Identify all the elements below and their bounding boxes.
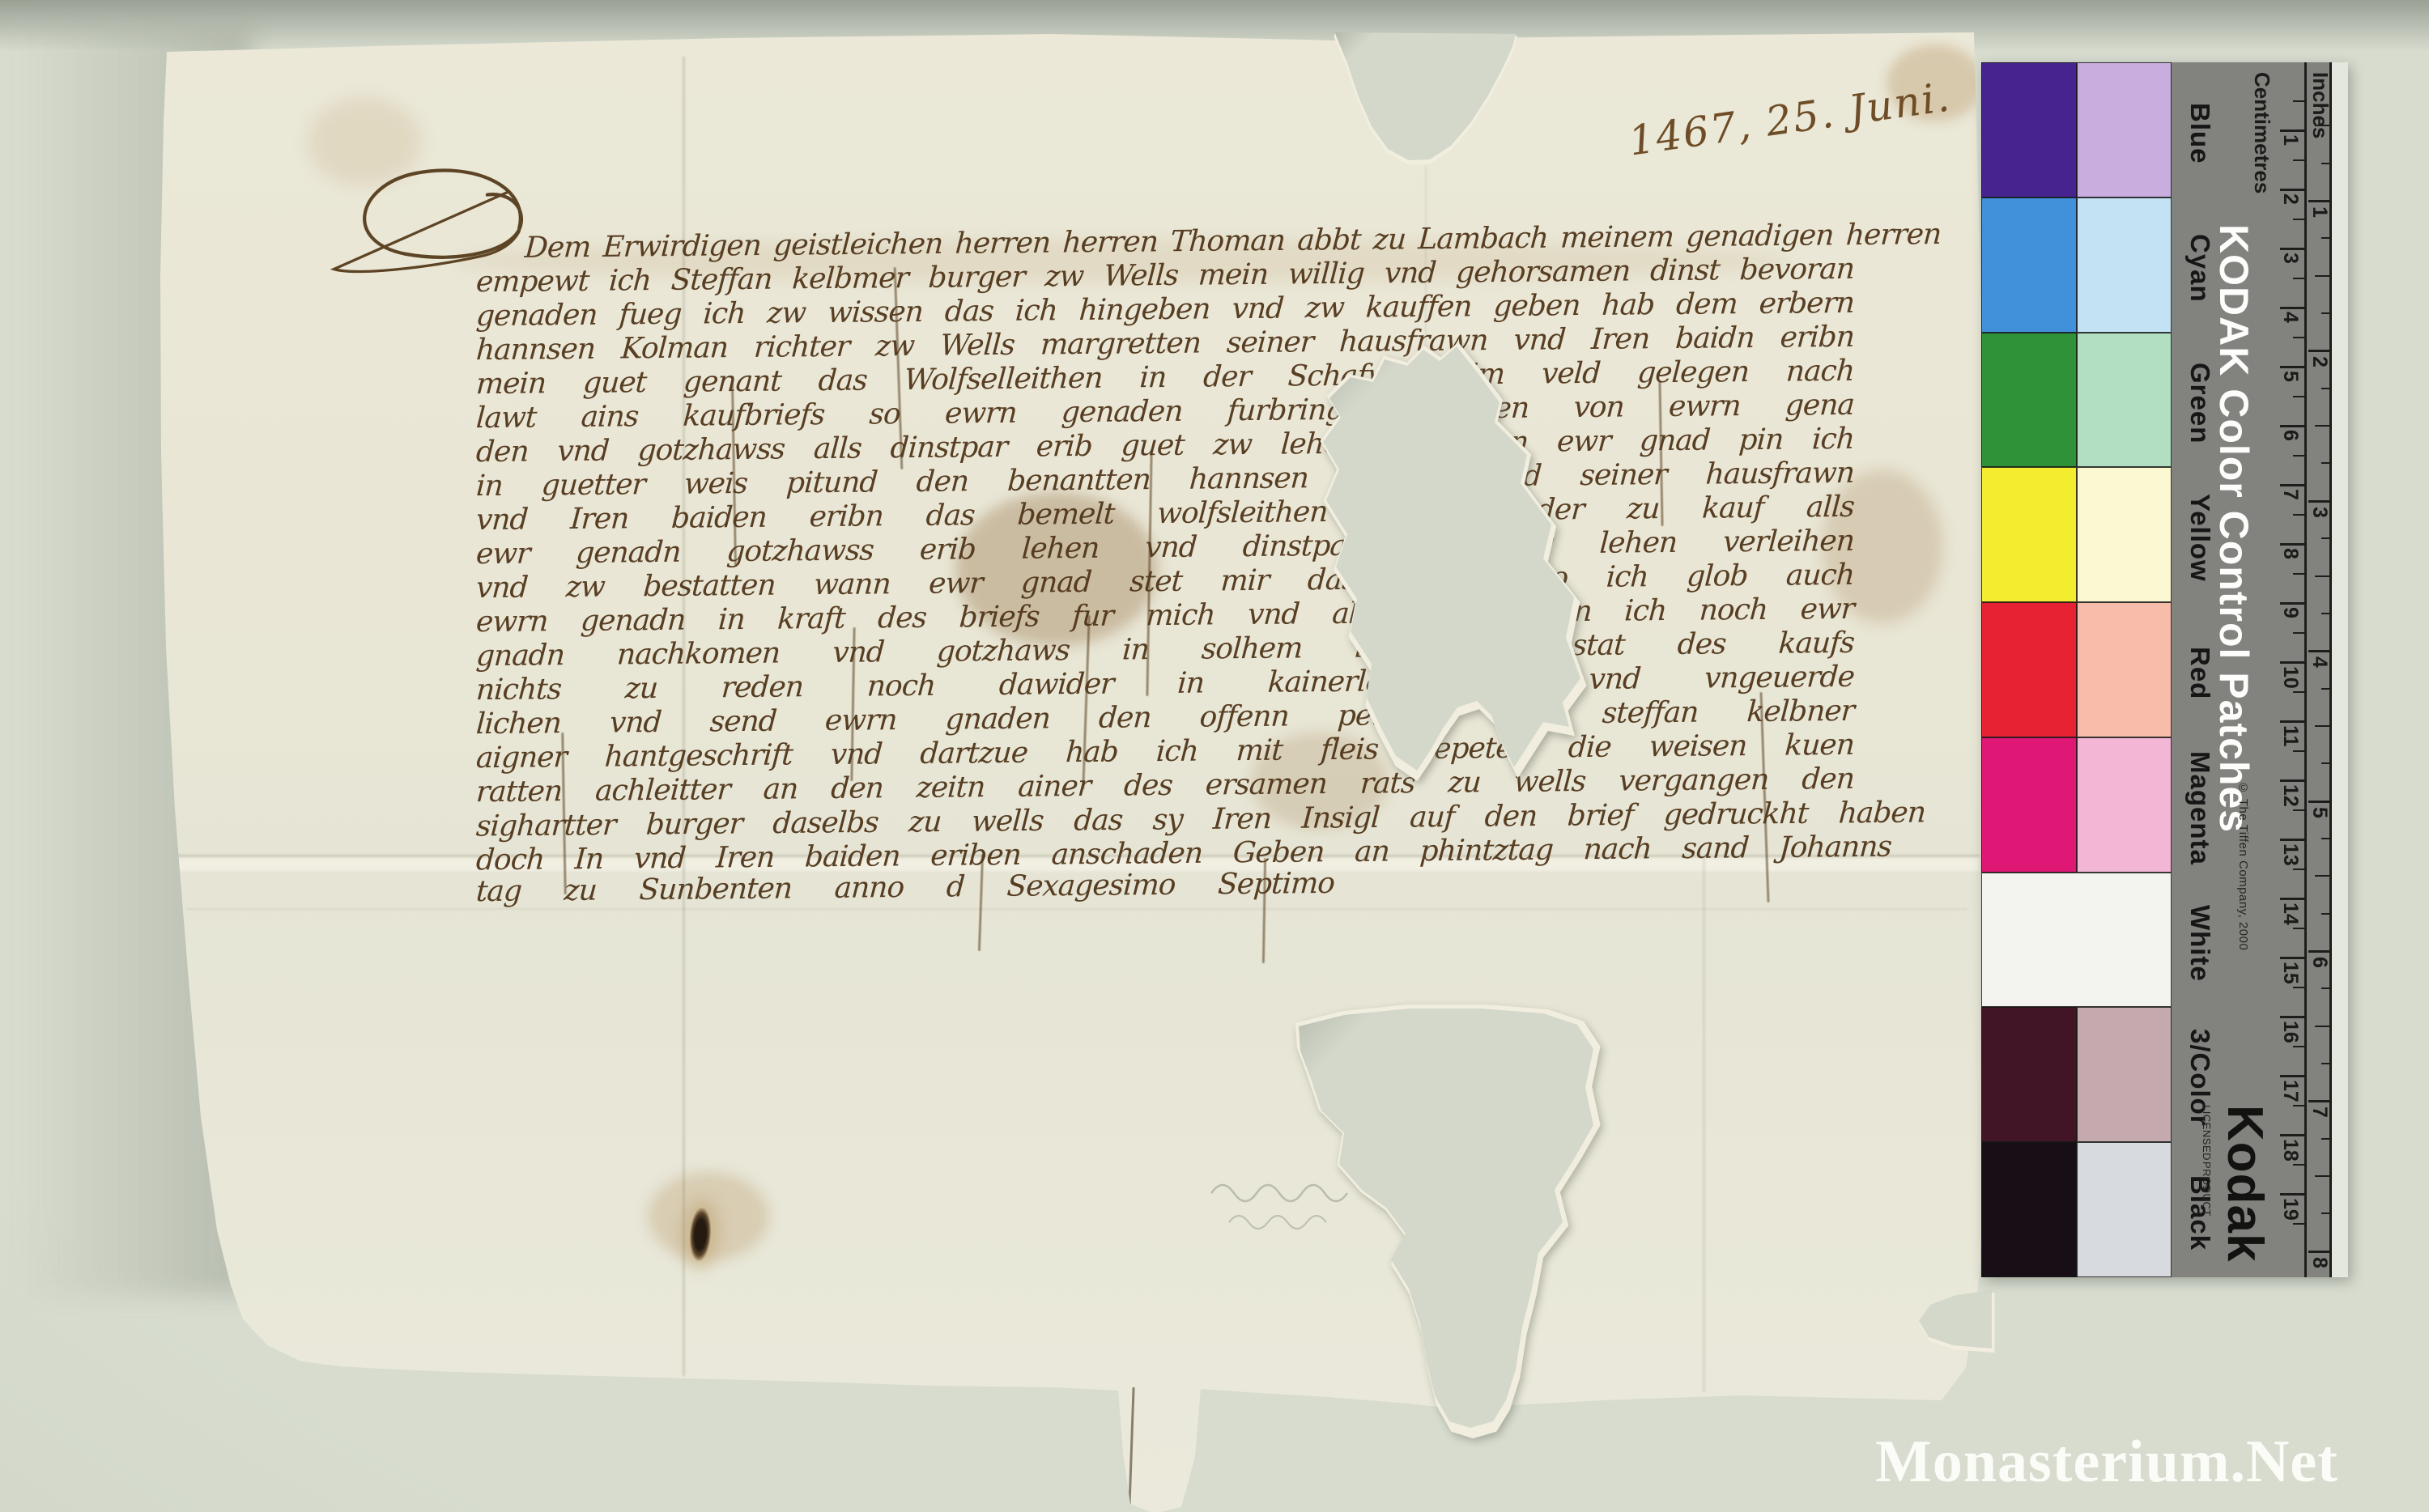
photo-stage: Dem Erwirdigen geistleichen herren herre… bbox=[0, 0, 2429, 1512]
vignette bbox=[0, 0, 2429, 1512]
